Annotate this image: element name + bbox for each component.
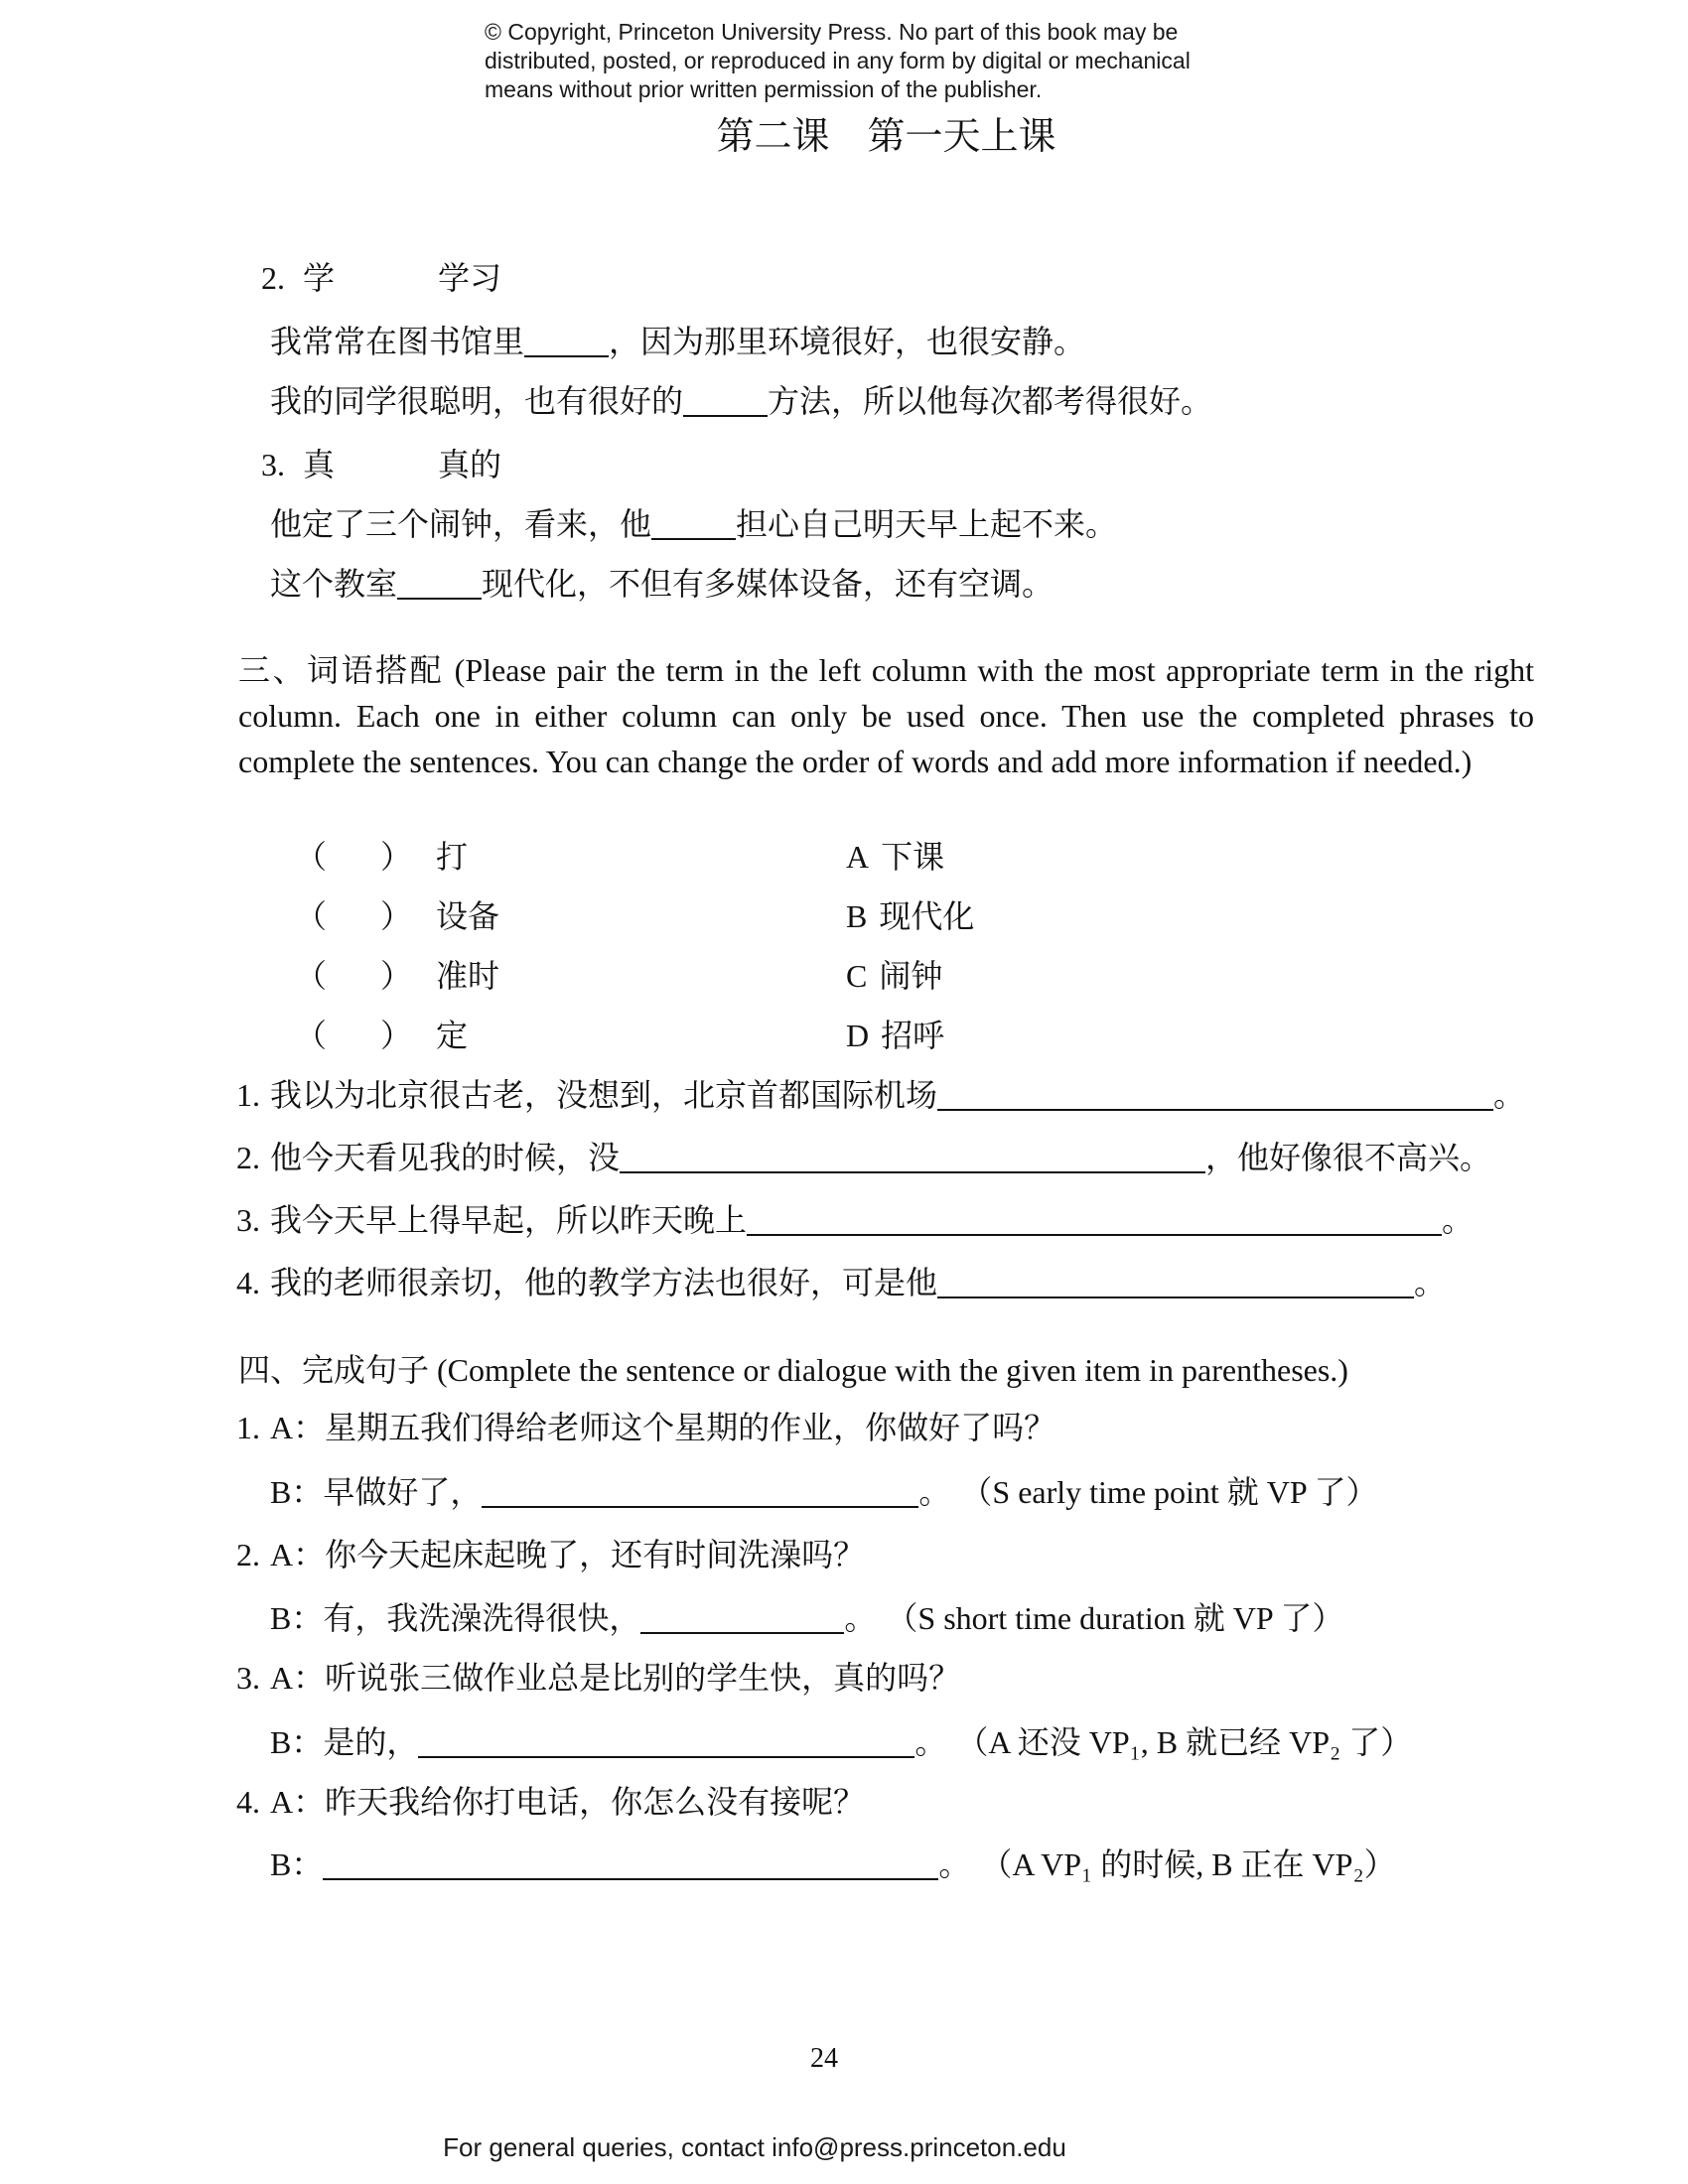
page-title: 第二课 第一天上课 (238, 105, 1534, 160)
dialogue-text: 听说张三做作业总是比别的学生快，真的吗？ (325, 1660, 960, 1696)
speaker-label: A： (270, 1537, 325, 1572)
sentence-period: 。 (844, 1600, 876, 1636)
fill-in-blank (524, 329, 609, 357)
fill-in-blank (397, 571, 482, 600)
word-choice-b: 真的 (438, 447, 501, 482)
grammar-hint: （A VP₁ 的时候, B 正在 VP₂） (996, 1846, 1395, 1882)
sentence-post: 。 (1414, 1265, 1446, 1300)
fill-in-blank (640, 1605, 844, 1634)
completion-sentence: 2.他今天看见我的时候，没，他好像很不高兴。 (236, 1138, 1491, 1177)
option-letter: D (846, 1018, 869, 1053)
word-choice-b: 学习 (438, 260, 501, 296)
sentence-post: 。 (1493, 1077, 1525, 1113)
match-right-item: B现代化 (846, 896, 974, 936)
sentence-pre: 我的同学很聪明，也有很好的 (270, 383, 683, 419)
option-letter: A (846, 839, 869, 875)
word-choice-a: 学 (303, 260, 335, 296)
match-term: 设备 (436, 898, 499, 934)
copyright-notice: © Copyright, Princeton University Press.… (485, 18, 1191, 104)
copyright-line: means without prior written permission o… (485, 75, 1191, 104)
sentence-pre: 我的老师很亲切，他的教学方法也很好，可是他 (270, 1265, 937, 1300)
answer-paren-close: ） (380, 1018, 412, 1053)
fill-in-sentence: 他定了三个闹钟，看来，他担心自己明天早上起不来。 (270, 504, 1117, 544)
dialogue-b-line: B：有，我洗澡洗得很快，。（S short time duration 就 VP… (270, 1598, 1343, 1638)
match-right-item: A下课 (846, 837, 944, 877)
match-left-item: （）设备 (295, 896, 499, 936)
dialogue-a-line: 4.A：昨天我给你打电话，你怎么没有接呢？ (236, 1782, 865, 1822)
item-number: 1. (236, 1408, 270, 1447)
section-4-heading: 四、完成句子 (Complete the sentence or dialogu… (238, 1350, 1348, 1390)
copyright-line: distributed, posted, or reproduced in an… (485, 47, 1191, 75)
speaker-label: A： (270, 1784, 325, 1820)
item-number: 4. (236, 1263, 270, 1302)
answer-paren-close: ） (380, 839, 412, 875)
sentence-period: 。 (938, 1846, 970, 1882)
fill-in-blank (683, 388, 768, 417)
fill-in-blank (418, 1729, 914, 1758)
vocab-item-header: 2. 学 学习 (261, 258, 501, 298)
footer-contact: For general queries, contact info@press.… (0, 2132, 1509, 2163)
dialogue-text: 有，我洗澡洗得很快， (323, 1600, 640, 1636)
fill-in-blank (651, 511, 736, 540)
match-term: 准时 (436, 958, 499, 994)
sentence-pre: 他今天看见我的时候，没 (270, 1140, 620, 1175)
sentence-pre: 我常常在图书馆里 (270, 324, 524, 359)
sentence-post: ，他好像很不高兴。 (1205, 1140, 1491, 1175)
match-left-item: （）打 (295, 837, 468, 877)
completion-sentence: 4.我的老师很亲切，他的教学方法也很好，可是他。 (236, 1263, 1446, 1302)
speaker-label: A： (270, 1660, 325, 1696)
dialogue-b-line: B：。（A VP₁ 的时候, B 正在 VP₂） (270, 1844, 1396, 1884)
word-choice-a: 真 (303, 447, 335, 482)
item-number: 1. (236, 1075, 270, 1115)
sentence-pre: 我今天早上得早起，所以昨天晚上 (270, 1202, 747, 1238)
page-number: 24 (0, 2043, 1648, 2075)
answer-paren-open: （ (295, 839, 327, 875)
dialogue-b-line: B：是的，。（A 还没 VP₁, B 就已经 VP₂ 了） (270, 1722, 1412, 1762)
dialogue-text: 你今天起床起晚了，还有时间洗澡吗？ (325, 1537, 865, 1572)
fill-in-blank (323, 1851, 938, 1880)
option-term: 招呼 (881, 1018, 944, 1053)
speaker-label: B： (270, 1846, 323, 1882)
sentence-pre: 这个教室 (270, 566, 397, 602)
completion-sentence: 1.我以为北京很古老，没想到，北京首都国际机场。 (236, 1075, 1525, 1115)
section-3-heading: 三、词语搭配 (Please pair the term in the left… (238, 647, 1534, 784)
grammar-hint: （S short time duration 就 VP 了） (902, 1600, 1343, 1636)
section-heading-zh: 三、词语搭配 (238, 652, 444, 688)
dialogue-text: 早做好了， (323, 1474, 482, 1510)
dialogue-a-line: 2.A：你今天起床起晚了，还有时间洗澡吗？ (236, 1535, 865, 1574)
sentence-period: 。 (914, 1724, 946, 1760)
answer-paren-open: （ (295, 898, 327, 934)
workbook-page: { "page": { "copyright_lines": [ "© Copy… (0, 0, 1688, 2184)
dialogue-a-line: 3.A：听说张三做作业总是比别的学生快，真的吗？ (236, 1658, 960, 1698)
speaker-label: B： (270, 1474, 323, 1510)
sentence-pre: 我以为北京很古老，没想到，北京首都国际机场 (270, 1077, 937, 1113)
match-right-item: C闹钟 (846, 956, 942, 996)
item-number: 4. (236, 1782, 270, 1822)
fill-in-blank (747, 1207, 1442, 1236)
section-heading-zh: 四、完成句子 (238, 1352, 429, 1388)
dialogue-a-line: 1.A：星期五我们得给老师这个星期的作业，你做好了吗？ (236, 1408, 1055, 1447)
sentence-post: 现代化，不但有多媒体设备，还有空调。 (482, 566, 1054, 602)
speaker-label: A： (270, 1410, 325, 1445)
section-heading-en: (Complete the sentence or dialogue with … (429, 1352, 1348, 1388)
answer-paren-close: ） (380, 898, 412, 934)
completion-sentence: 3.我今天早上得早起，所以昨天晚上。 (236, 1200, 1474, 1240)
copyright-line: © Copyright, Princeton University Press.… (485, 18, 1191, 47)
match-right-item: D招呼 (846, 1016, 944, 1055)
dialogue-text: 是的， (323, 1724, 418, 1760)
match-term: 打 (436, 839, 468, 875)
item-number: 3. (236, 1658, 270, 1698)
grammar-hint: （A 还没 VP₁, B 就已经 VP₂ 了） (972, 1724, 1412, 1760)
option-term: 下课 (881, 839, 944, 875)
sentence-post: 。 (1442, 1202, 1474, 1238)
item-number: 2. (236, 1138, 270, 1177)
fill-in-blank (620, 1145, 1205, 1173)
option-term: 闹钟 (879, 958, 942, 994)
item-number: 2. (261, 258, 295, 298)
fill-in-sentence: 我的同学很聪明，也有很好的方法，所以他每次都考得很好。 (270, 381, 1212, 421)
sentence-period: 。 (918, 1474, 950, 1510)
option-letter: B (846, 898, 867, 934)
fill-in-blank (482, 1479, 918, 1508)
option-term: 现代化 (879, 898, 974, 934)
fill-in-sentence: 这个教室现代化，不但有多媒体设备，还有空调。 (270, 564, 1054, 604)
fill-in-blank (937, 1270, 1414, 1298)
dialogue-text: 星期五我们得给老师这个星期的作业，你做好了吗？ (325, 1410, 1055, 1445)
match-left-item: （）准时 (295, 956, 499, 996)
answer-paren-open: （ (295, 1018, 327, 1053)
answer-paren-close: ） (380, 958, 412, 994)
fill-in-sentence: 我常常在图书馆里，因为那里环境很好，也很安静。 (270, 322, 1085, 361)
fill-in-blank (937, 1082, 1493, 1111)
speaker-label: B： (270, 1724, 323, 1760)
option-letter: C (846, 958, 867, 994)
speaker-label: B： (270, 1600, 323, 1636)
sentence-post: ，因为那里环境很好，也很安静。 (609, 324, 1085, 359)
sentence-pre: 他定了三个闹钟，看来，他 (270, 506, 651, 542)
grammar-hint: （S early time point 就 VP 了） (976, 1474, 1377, 1510)
sentence-post: 方法，所以他每次都考得很好。 (768, 383, 1212, 419)
match-term: 定 (436, 1018, 468, 1053)
item-number: 2. (236, 1535, 270, 1574)
vocab-item-header: 3. 真 真的 (261, 445, 501, 484)
sentence-post: 担心自己明天早上起不来。 (736, 506, 1117, 542)
dialogue-b-line: B：早做好了，。（S early time point 就 VP 了） (270, 1472, 1378, 1512)
answer-paren-open: （ (295, 958, 327, 994)
item-number: 3. (236, 1200, 270, 1240)
item-number: 3. (261, 445, 295, 484)
dialogue-text: 昨天我给你打电话，你怎么没有接呢？ (325, 1784, 865, 1820)
match-left-item: （）定 (295, 1016, 468, 1055)
